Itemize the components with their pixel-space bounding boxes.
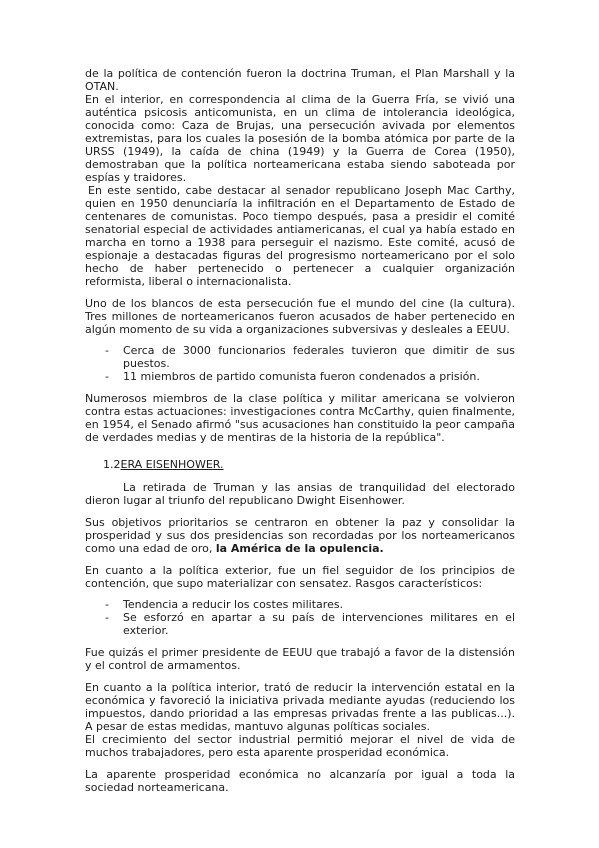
section-heading-era-eisenhower: 1.2ERA EISENHOWER.	[85, 458, 515, 471]
list-item-text: Tendencia a reducir los costes militares…	[123, 598, 343, 611]
list-item-marker: -	[105, 611, 109, 624]
list-item: - Cerca de 3000 funcionarios federales t…	[85, 344, 515, 370]
paragraph-anticommunist-psychosis: En el interior, en correspondencia al cl…	[85, 93, 515, 184]
section-number: 1.2	[103, 458, 121, 471]
document-page: de la política de contención fueron la d…	[0, 0, 599, 848]
paragraph-foreign-policy: En cuanto a la política exterior, fue un…	[85, 564, 515, 590]
list-item-marker: -	[105, 370, 109, 383]
list-item-text: Cerca de 3000 funcionarios federales tuv…	[123, 344, 515, 370]
paragraph-objectives-bold: la América de la opulencia.	[216, 542, 384, 555]
list-item-text: 11 miembros de partido comunista fueron …	[123, 370, 480, 383]
list-item-marker: -	[105, 598, 109, 611]
paragraph-mccarthy: En este sentido, cabe destacar al senado…	[85, 184, 515, 288]
list-foreign-policy-traits: - Tendencia a reducir los costes militar…	[85, 598, 515, 637]
list-item-marker: -	[105, 344, 109, 357]
paragraph-reactions-senate: Numerosos miembros de la clase política …	[85, 392, 515, 444]
paragraph-final-prosperity: La aparente prosperidad económica no alc…	[85, 768, 515, 794]
paragraph-objectives: Sus objetivos prioritarios se centraron …	[85, 516, 515, 555]
list-item-text: Se esforzó en apartar a su país de inter…	[123, 611, 515, 637]
paragraph-detente: Fue quizás el primer presidente de EEUU …	[85, 646, 515, 672]
paragraph-truman-retreat: La retirada de Truman y las ansias de tr…	[85, 481, 515, 507]
list-item: - 11 miembros de partido comunista fuero…	[85, 370, 515, 383]
list-item: - Tendencia a reducir los costes militar…	[85, 598, 515, 611]
paragraph-persecution-cinema: Uno de los blancos de esta persecución f…	[85, 297, 515, 336]
section-title: ERA EISENHOWER.	[121, 458, 224, 471]
paragraph-industrial-growth: El crecimiento del sector industrial per…	[85, 733, 515, 759]
list-persecution-consequences: - Cerca de 3000 funcionarios federales t…	[85, 344, 515, 383]
paragraph-interior-policy: En cuanto a la política interior, trató …	[85, 681, 515, 733]
list-item: - Se esforzó en apartar a su país de int…	[85, 611, 515, 637]
paragraph-containment-policy: de la política de contención fueron la d…	[85, 67, 515, 93]
